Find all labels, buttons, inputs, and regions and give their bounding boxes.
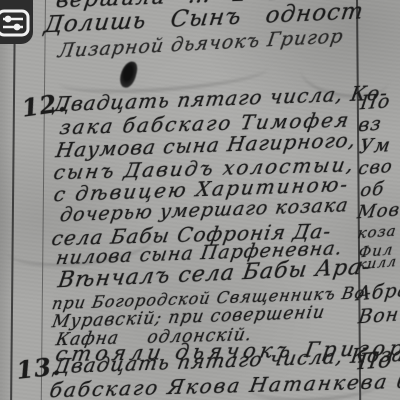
margin-line: По [359,90,392,114]
margin-line: По [356,348,394,376]
margin-line: килл [357,254,398,274]
number-column-rule-line [41,0,46,400]
margin-line: сво [357,156,394,180]
margin-line: коза [356,221,398,242]
margin-line: об [359,178,386,201]
margin-line: Абра [355,278,400,305]
page-gutter-shadow [0,0,14,400]
margin-line: Мов [356,199,400,223]
margin-line: вз [357,112,383,136]
overlay-badge-button[interactable] [0,0,41,54]
margin-line: Ум [358,134,393,158]
scanned-register-page: вершили … 2 Паш Долишь Сынъ одност Лизар… [0,0,400,400]
sliders-icon [0,0,41,50]
margin-line: Вон [357,303,400,328]
